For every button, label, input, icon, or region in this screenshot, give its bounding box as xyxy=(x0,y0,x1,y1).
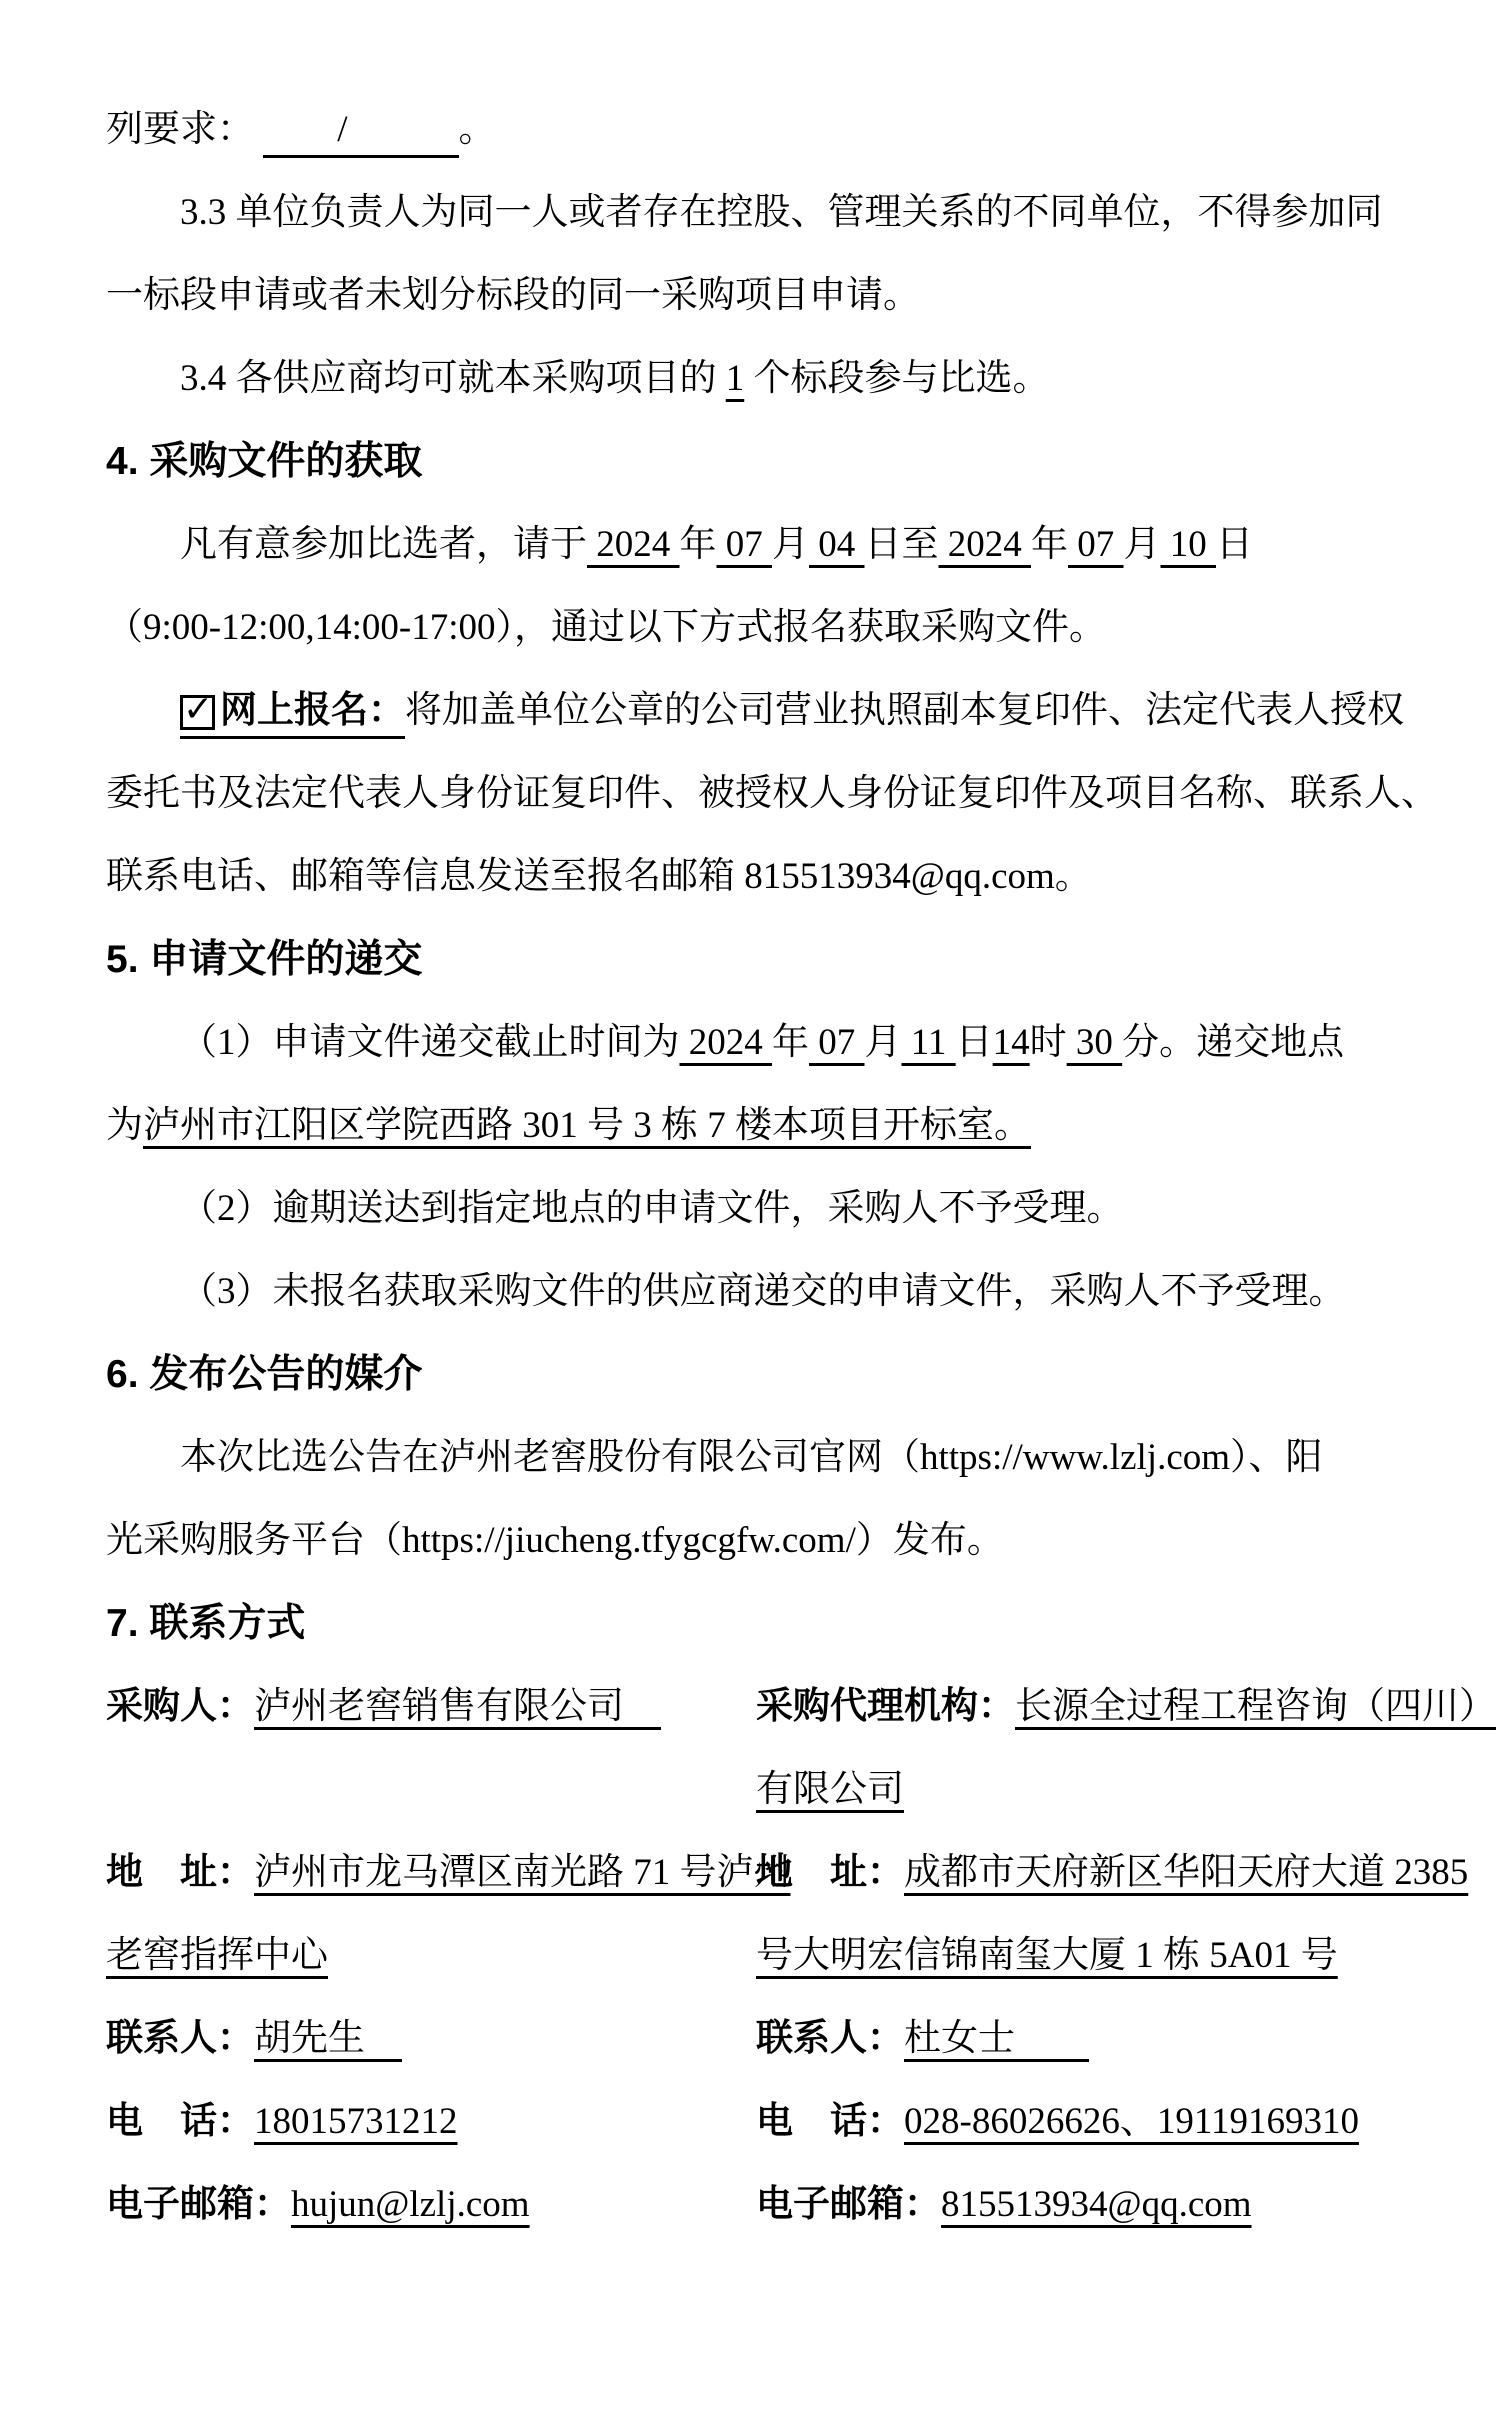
text-run: 号大明宏信锦南玺大厦 1 栋 5A01 号 xyxy=(756,1935,1338,1976)
row-email-left: 电子邮箱：hujun@lzlj.com xyxy=(106,2163,756,2246)
text-run: 泸州市江阳区学院西路 301 号 3 栋 7 楼本项目开标室。 xyxy=(143,1105,1031,1146)
text-run: 地 址： xyxy=(756,1852,904,1893)
row-address: 地 址：泸州市龙马潭区南光路 71 号泸州地 址：成都市天府新区华阳天府大道 2… xyxy=(106,1831,1450,1914)
row-phone-right: 电 话：028-86026626、19119169310 xyxy=(756,2080,1450,2163)
row-company: 采购人：泸州老窖销售有限公司 采购代理机构：长源全过程工程咨询（四川） xyxy=(106,1665,1450,1748)
blank-slash-field: / xyxy=(263,109,458,158)
text-run: 815513934@qq.com xyxy=(941,2184,1252,2225)
row-company-cont-left xyxy=(106,1748,756,1831)
text-run: 采购人： xyxy=(106,1686,254,1727)
row-company-cont: 有限公司 xyxy=(106,1748,1450,1831)
text-run: 18015731212 xyxy=(254,2101,458,2142)
text-run: 3.4 各供应商均可就本采购项目的 xyxy=(180,358,726,399)
text-run: 2024 xyxy=(680,1022,773,1063)
text-run: 4. 采购文件的获取 xyxy=(106,440,422,483)
text-run: 泸州市龙马潭区南光路 71 号泸州 xyxy=(254,1852,791,1893)
row-address-cont: 老窖指挥中心号大明宏信锦南玺大厦 1 栋 5A01 号 xyxy=(106,1914,1450,1997)
text-run: 个标段参与比选。 xyxy=(744,358,1049,399)
row-phone-left: 电 话：18015731212 xyxy=(106,2080,756,2163)
para-unregistered: （3）未报名获取采购文件的供应商递交的申请文件，采购人不予受理。 xyxy=(106,1250,1450,1333)
para-overdue: （2）逾期送达到指定地点的申请文件，采购人不予受理。 xyxy=(106,1167,1450,1250)
text-run: 采购代理机构： xyxy=(756,1686,1015,1727)
text-run: 老窖指挥中心 xyxy=(106,1935,328,1976)
text-run: 有限公司 xyxy=(756,1769,904,1810)
text-run: 2024 xyxy=(587,524,680,565)
text-run: 07 xyxy=(1068,524,1124,565)
text-run: （9:00-12:00,14:00-17:00），通过以下方式报名获取采购文件。 xyxy=(106,607,1106,648)
procurement-notice-page: 列要求： / 。3.3 单位负责人为同一人或者存在控股、管理关系的不同单位，不得… xyxy=(0,0,1500,2246)
row-contact-person-right: 联系人：杜女士 xyxy=(756,1997,1450,2080)
text-run: hujun@lzlj.com xyxy=(291,2184,530,2225)
text-run: 2024 xyxy=(939,524,1032,565)
text-run: 泸州老窖销售有限公司 xyxy=(254,1686,661,1727)
text-run: 胡先生 xyxy=(254,2018,402,2059)
text-run: 。 xyxy=(459,109,496,150)
row-contact-person: 联系人：胡先生 联系人：杜女士 xyxy=(106,1997,1450,2080)
row-company-cont-right: 有限公司 xyxy=(756,1748,1450,1831)
text-run: 年 xyxy=(680,524,717,565)
text-run: ✓网上报名： xyxy=(180,690,405,739)
text-run: 联系电话、邮箱等信息发送至报名邮箱 815513934@qq.com。 xyxy=(106,856,1092,897)
text-run: （1）申请文件递交截止时间为 xyxy=(180,1022,680,1063)
text-run: 年 xyxy=(1031,524,1068,565)
text-run: 电 话： xyxy=(756,2101,904,2142)
text-run: 委托书及法定代表人身份证复印件、被授权人身份证复印件及项目名称、联系人、 xyxy=(106,773,1438,814)
text-run: 时 xyxy=(1030,1022,1067,1063)
contact-section: 采购人：泸州老窖销售有限公司 采购代理机构：长源全过程工程咨询（四川）有限公司地… xyxy=(106,1665,1450,2246)
text-run: 地 址： xyxy=(106,1852,254,1893)
para-online-signup: ✓网上报名：将加盖单位公章的公司营业执照副本复印件、法定代表人授权 xyxy=(106,669,1450,752)
text-run: 月 xyxy=(865,1022,902,1063)
text-run: 月 xyxy=(1124,524,1161,565)
text-run: 列要求： xyxy=(106,109,263,150)
text-run: 成都市天府新区华阳天府大道 2385 xyxy=(904,1852,1468,1893)
row-company-left: 采购人：泸州老窖销售有限公司 xyxy=(106,1665,756,1748)
text-run: 3.3 单位负责人为同一人或者存在控股、管理关系的不同单位，不得参加同 xyxy=(180,192,1383,233)
row-email: 电子邮箱：hujun@lzlj.com电子邮箱：815513934@qq.com xyxy=(106,2163,1450,2246)
text-run: 日 xyxy=(956,1022,993,1063)
clause-3-3: 3.3 单位负责人为同一人或者存在控股、管理关系的不同单位，不得参加同 xyxy=(106,171,1450,254)
text-run: 日 xyxy=(1216,524,1253,565)
heading-7: 7. 联系方式 xyxy=(106,1582,1450,1665)
para-media-cont: 光采购服务平台（https://jiucheng.tfygcgfw.com/）发… xyxy=(106,1499,1450,1582)
para-media: 本次比选公告在泸州老窖股份有限公司官网（https://www.lzlj.com… xyxy=(106,1416,1450,1499)
text-run: 6. 发布公告的媒介 xyxy=(106,1353,422,1396)
para-submit-address: 为泸州市江阳区学院西路 301 号 3 栋 7 楼本项目开标室。 xyxy=(106,1084,1450,1167)
text-run: 07 xyxy=(809,1022,865,1063)
text-run: 30 xyxy=(1067,1022,1123,1063)
text-run: 年 xyxy=(772,1022,809,1063)
document-body: 列要求： / 。3.3 单位负责人为同一人或者存在控股、管理关系的不同单位，不得… xyxy=(106,88,1450,1665)
text-run: 本次比选公告在泸州老窖股份有限公司官网（https://www.lzlj.com… xyxy=(180,1437,1323,1478)
text-run: 联系人： xyxy=(756,2018,904,2059)
row-email-right: 电子邮箱：815513934@qq.com xyxy=(756,2163,1450,2246)
heading-4: 4. 采购文件的获取 xyxy=(106,420,1450,503)
text-run: 7. 联系方式 xyxy=(106,1602,305,1645)
para-submit-deadline: （1）申请文件递交截止时间为 2024 年 07 月 11 日14时 30 分。… xyxy=(106,1001,1450,1084)
para-obtain-time-cont: （9:00-12:00,14:00-17:00），通过以下方式报名获取采购文件。 xyxy=(106,586,1450,669)
checked-checkbox-icon: ✓ xyxy=(180,695,215,730)
text-run: 杜女士 xyxy=(904,2018,1089,2059)
heading-5: 5. 申请文件的递交 xyxy=(106,918,1450,1001)
text-run: 14 xyxy=(993,1022,1030,1063)
row-address-cont-left: 老窖指挥中心 xyxy=(106,1914,756,1997)
text-run: 一标段申请或者未划分标段的同一采购项目申请。 xyxy=(106,275,920,316)
row-phone: 电 话：18015731212电 话：028-86026626、19119169… xyxy=(106,2080,1450,2163)
text-run: （2）逾期送达到指定地点的申请文件，采购人不予受理。 xyxy=(180,1188,1124,1229)
text-run: 长源全过程工程咨询（四川） xyxy=(1015,1686,1496,1727)
row-company-right: 采购代理机构：长源全过程工程咨询（四川） xyxy=(756,1665,1496,1748)
text-run: 日至 xyxy=(865,524,939,565)
text-run: 10 xyxy=(1161,524,1217,565)
para-online-signup-cont1: 委托书及法定代表人身份证复印件、被授权人身份证复印件及项目名称、联系人、 xyxy=(106,752,1450,835)
text-run: 07 xyxy=(717,524,773,565)
text-run: 将加盖单位公章的公司营业执照副本复印件、法定代表人授权 xyxy=(405,690,1404,731)
para-requirements-continuation: 列要求： / 。 xyxy=(106,88,1450,171)
text-run: 凡有意参加比选者，请于 xyxy=(180,524,587,565)
text-run: 11 xyxy=(902,1022,956,1063)
text-run: 联系人： xyxy=(106,2018,254,2059)
clause-3-4: 3.4 各供应商均可就本采购项目的 1 个标段参与比选。 xyxy=(106,337,1450,420)
text-run: 1 xyxy=(726,358,745,399)
para-obtain-time: 凡有意参加比选者，请于 2024 年 07 月 04 日至 2024 年 07 … xyxy=(106,503,1450,586)
heading-6: 6. 发布公告的媒介 xyxy=(106,1333,1450,1416)
text-run: 电 话： xyxy=(106,2101,254,2142)
text-run: 028-86026626、19119169310 xyxy=(904,2101,1359,2142)
text-run: 分。递交地点 xyxy=(1122,1022,1344,1063)
row-address-left: 地 址：泸州市龙马潭区南光路 71 号泸州 xyxy=(106,1831,756,1914)
para-online-signup-cont2: 联系电话、邮箱等信息发送至报名邮箱 815513934@qq.com。 xyxy=(106,835,1450,918)
text-run: 04 xyxy=(809,524,865,565)
text-run: 电子邮箱： xyxy=(756,2184,941,2225)
text-run: 5. 申请文件的递交 xyxy=(106,938,422,981)
text-run: 光采购服务平台（https://jiucheng.tfygcgfw.com/）发… xyxy=(106,1520,1004,1561)
row-address-cont-right: 号大明宏信锦南玺大厦 1 栋 5A01 号 xyxy=(756,1914,1450,1997)
text-run: 月 xyxy=(772,524,809,565)
text-run: 为 xyxy=(106,1105,143,1146)
text-run: （3）未报名获取采购文件的供应商递交的申请文件，采购人不予受理。 xyxy=(180,1271,1346,1312)
text-run: 电子邮箱： xyxy=(106,2184,291,2225)
row-address-right: 地 址：成都市天府新区华阳天府大道 2385 xyxy=(756,1831,1468,1914)
row-contact-person-left: 联系人：胡先生 xyxy=(106,1997,756,2080)
clause-3-3-cont: 一标段申请或者未划分标段的同一采购项目申请。 xyxy=(106,254,1450,337)
